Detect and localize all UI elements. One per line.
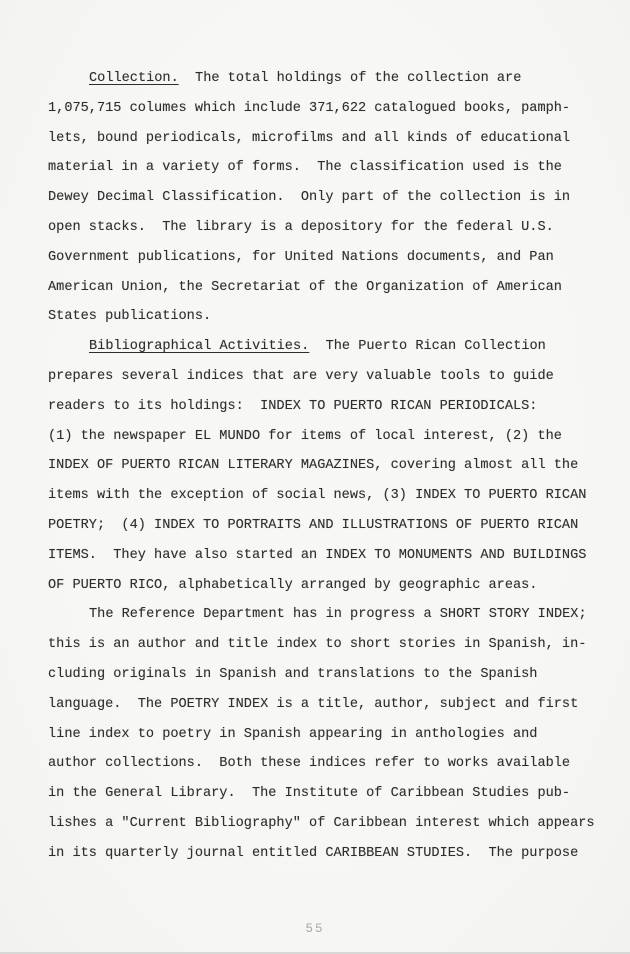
text-line: readers to its holdings: INDEX TO PUERTO… bbox=[48, 392, 593, 422]
text-line: Bibliographical Activities. The Puerto R… bbox=[48, 332, 593, 362]
paragraph-heading: Bibliographical Activities. bbox=[89, 339, 309, 354]
text-line: material in a variety of forms. The clas… bbox=[48, 153, 593, 183]
text-line: author collections. Both these indices r… bbox=[48, 749, 593, 779]
text-run: The Reference Department has in progress… bbox=[89, 607, 587, 622]
text-line: lishes a "Current Bibliography" of Carib… bbox=[48, 809, 593, 839]
text-line: Dewey Decimal Classification. Only part … bbox=[48, 183, 593, 213]
text-line: Government publications, for United Nati… bbox=[48, 243, 593, 273]
text-line: lets, bound periodicals, microfilms and … bbox=[48, 124, 593, 154]
text-line: 1,075,715 columes which include 371,622 … bbox=[48, 94, 593, 124]
text-line: prepares several indices that are very v… bbox=[48, 362, 593, 392]
text-line: this is an author and title index to sho… bbox=[48, 630, 593, 660]
paragraph-reference-department: The Reference Department has in progress… bbox=[48, 600, 593, 868]
text-run: The total holdings of the collection are bbox=[179, 71, 522, 86]
text-line: The Reference Department has in progress… bbox=[48, 600, 593, 630]
text-run: The Puerto Rican Collection bbox=[309, 339, 546, 354]
text-line: in its quarterly journal entitled CARIBB… bbox=[48, 839, 593, 869]
text-line: line index to poetry in Spanish appearin… bbox=[48, 720, 593, 750]
text-line: cluding originals in Spanish and transla… bbox=[48, 660, 593, 690]
document-page: Collection. The total holdings of the co… bbox=[0, 0, 630, 954]
page-number: 55 bbox=[0, 922, 630, 936]
text-line: American Union, the Secretariat of the O… bbox=[48, 273, 593, 303]
text-line: in the General Library. The Institute of… bbox=[48, 779, 593, 809]
text-line: States publications. bbox=[48, 302, 593, 332]
text-line: OF PUERTO RICO, alphabetically arranged … bbox=[48, 571, 593, 601]
paragraph-heading: Collection. bbox=[89, 71, 179, 86]
paragraph-bibliographical-activities: Bibliographical Activities. The Puerto R… bbox=[48, 332, 593, 600]
text-line: Collection. The total holdings of the co… bbox=[48, 64, 593, 94]
text-line: ITEMS. They have also started an INDEX T… bbox=[48, 541, 593, 571]
paragraph-collection: Collection. The total holdings of the co… bbox=[48, 64, 593, 332]
text-line: (1) the newspaper EL MUNDO for items of … bbox=[48, 422, 593, 452]
text-line: INDEX OF PUERTO RICAN LITERARY MAGAZINES… bbox=[48, 451, 593, 481]
typescript-text-block: Collection. The total holdings of the co… bbox=[48, 64, 593, 869]
text-line: POETRY; (4) INDEX TO PORTRAITS AND ILLUS… bbox=[48, 511, 593, 541]
text-line: language. The POETRY INDEX is a title, a… bbox=[48, 690, 593, 720]
text-line: open stacks. The library is a depository… bbox=[48, 213, 593, 243]
text-line: items with the exception of social news,… bbox=[48, 481, 593, 511]
